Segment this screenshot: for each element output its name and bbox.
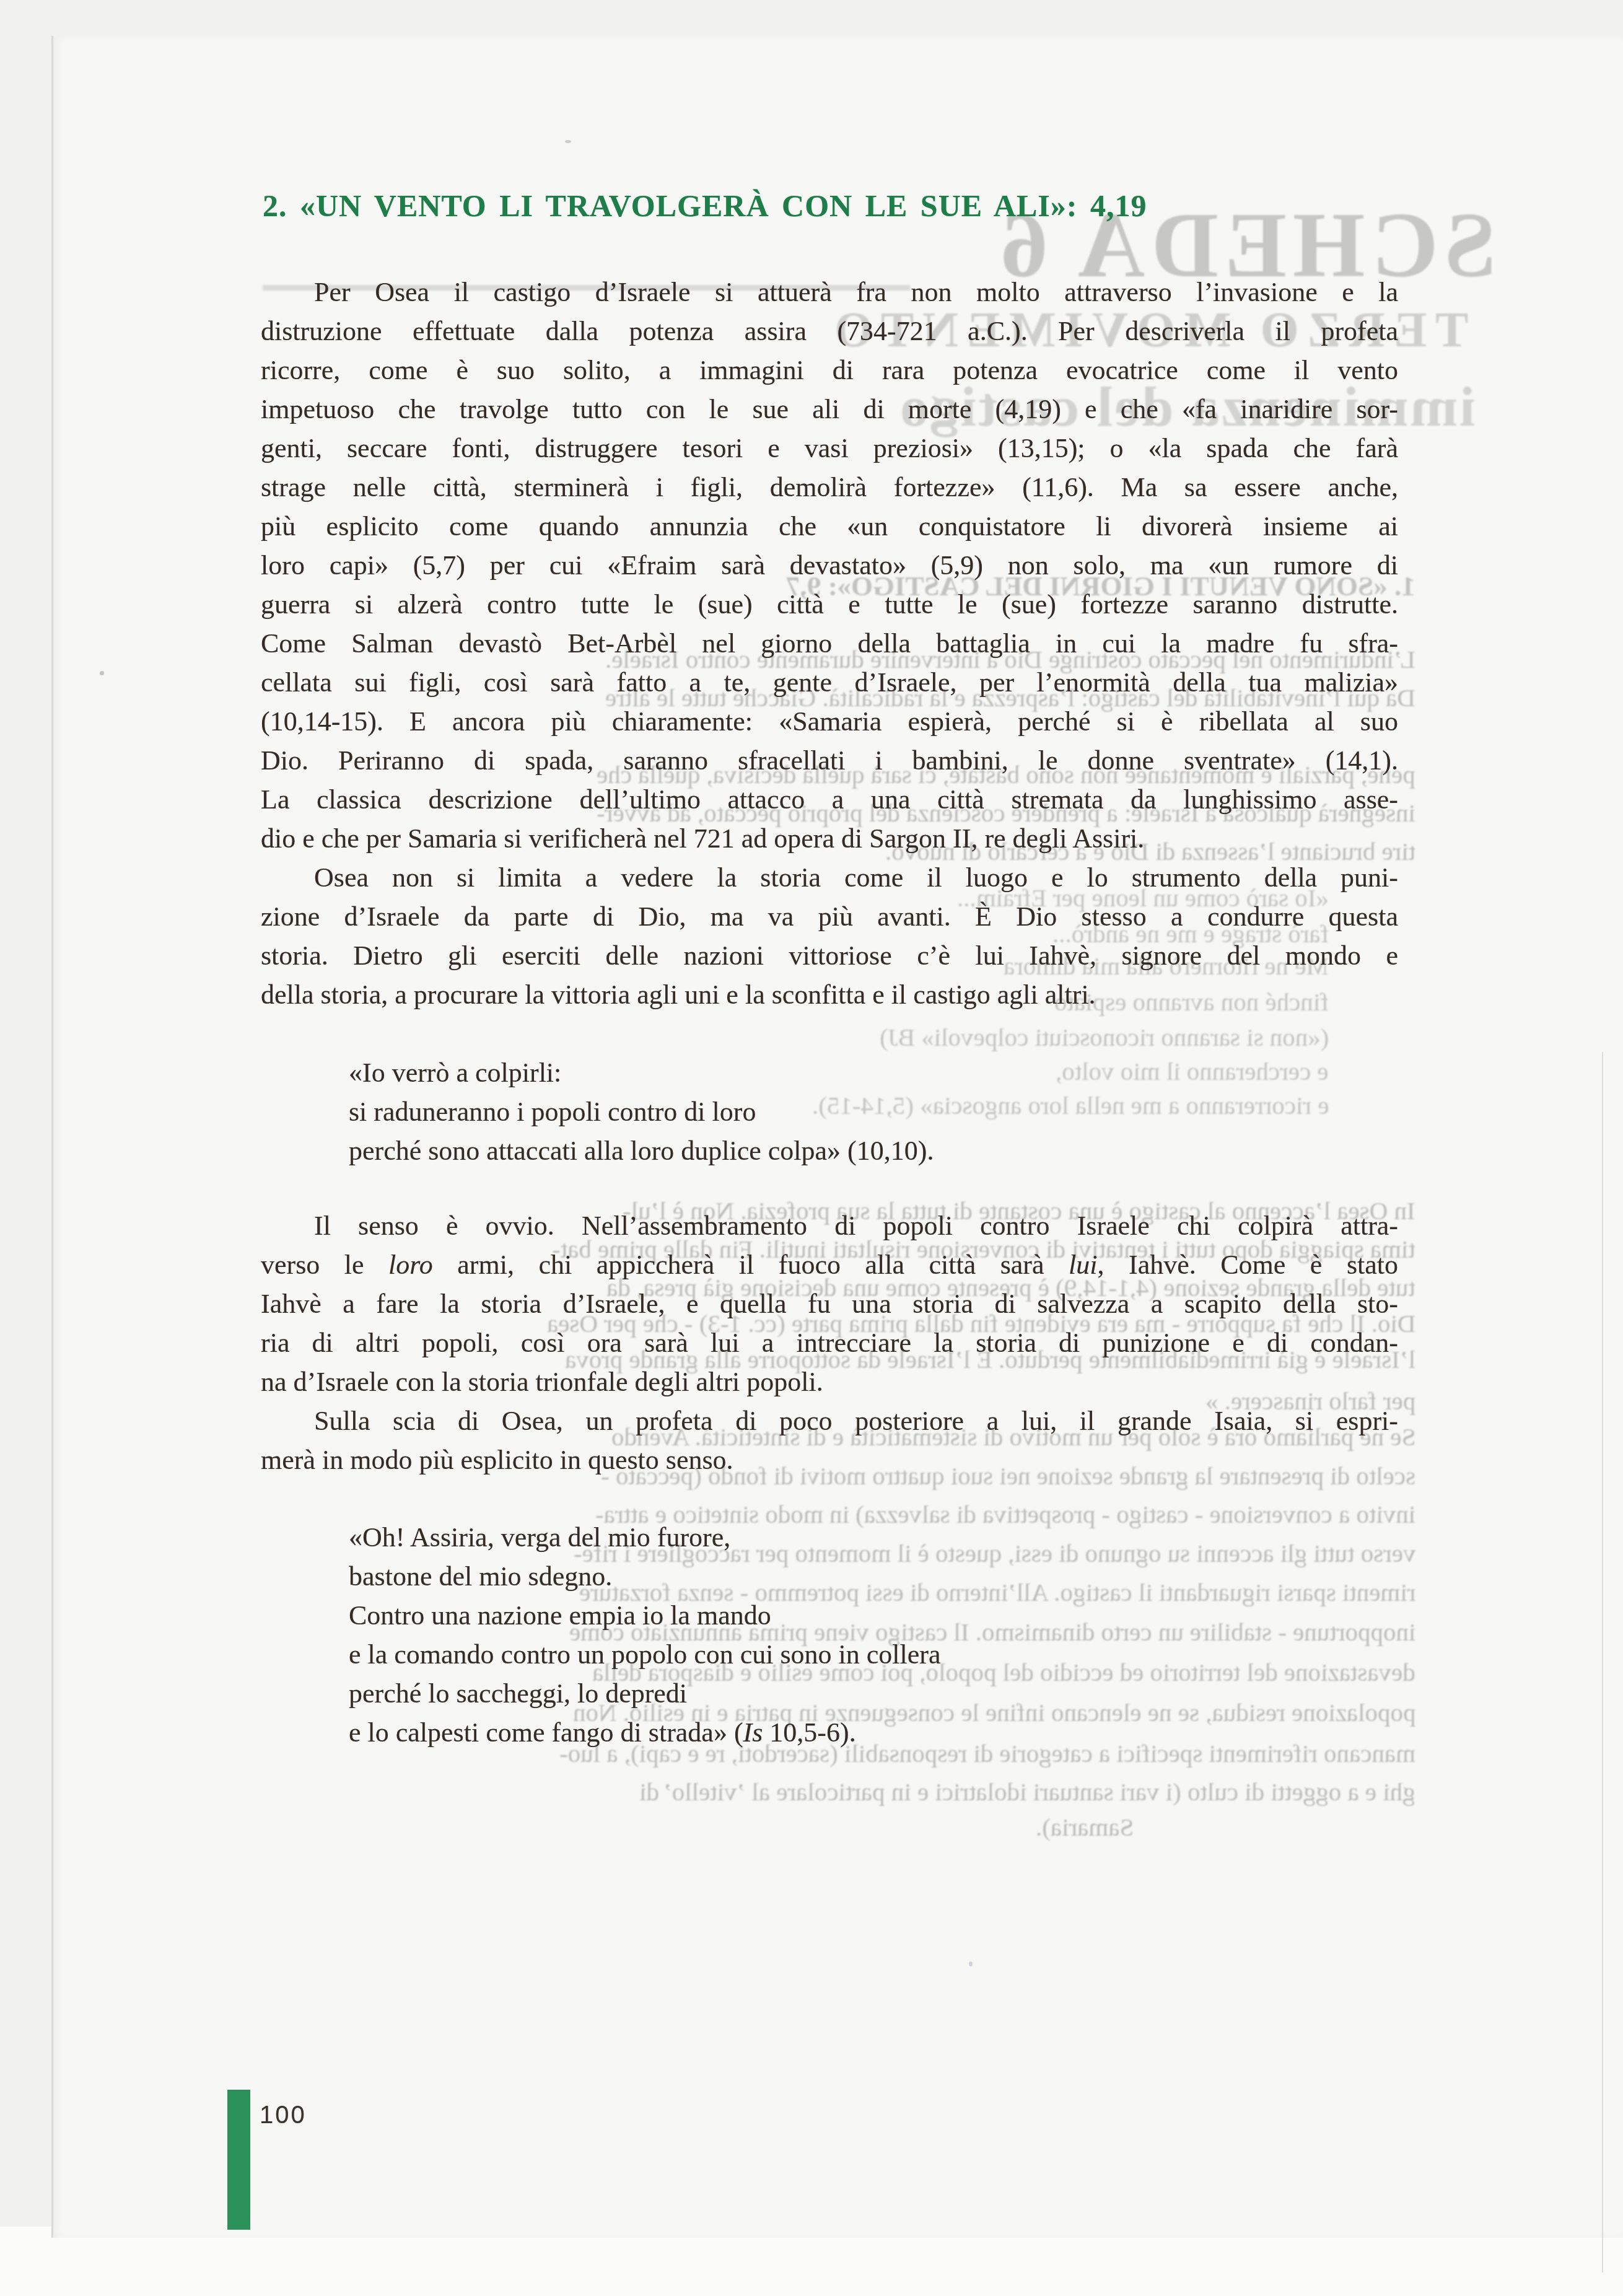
text-segment: verso le <box>261 1250 388 1280</box>
body-line: Come Salman devastò Bet-Arbèl nel giorno… <box>261 624 1398 663</box>
body-line: loro capi» (5,7) per cui «Efraim sarà de… <box>261 546 1398 585</box>
quote-line: Contro una nazione empia io la mando <box>349 1596 1398 1635</box>
italic-segment: Is <box>743 1717 763 1748</box>
paragraph-4: Sulla scia di Osea, un profeta di poco p… <box>261 1401 1398 1479</box>
quote-line: «Io verrò a colpirli: <box>349 1053 1398 1092</box>
body-line: zione d’Israele da parte di Dio, ma va p… <box>261 897 1398 936</box>
body-line: Per Osea il castigo d’Israele si attuerà… <box>261 273 1398 312</box>
body-line: strage nelle città, sterminerà i figli, … <box>261 468 1398 507</box>
quote-line: perché lo saccheggi, lo depredi <box>349 1674 1398 1713</box>
body-line: distruzione effettuate dalla potenza ass… <box>261 312 1398 351</box>
body-line: Dio. Periranno di spada, saranno sfracel… <box>261 741 1398 780</box>
body-line: più esplicito come quando annunzia che «… <box>261 507 1398 546</box>
body-line: della storia, a procurare la vittoria ag… <box>261 975 1398 1014</box>
body-line: (10,14-15). E ancora più chiaramente: «S… <box>261 702 1398 741</box>
text-segment: e lo calpesti come fango di strada» ( <box>349 1717 743 1748</box>
body-line: verso le loro armi, chi appiccherà il fu… <box>261 1245 1398 1284</box>
body-line: genti, seccare fonti, distruggere tesori… <box>261 429 1398 468</box>
body-line: dio e che per Samaria si verificherà nel… <box>261 819 1398 858</box>
block-quote-isaiah: «Oh! Assiria, verga del mio furore, bast… <box>261 1518 1398 1752</box>
body-line: ricorre, come è suo solito, a immagini d… <box>261 351 1398 390</box>
body-line: cellata sui figli, così sarà fatto a te,… <box>261 663 1398 702</box>
paragraph-2: Osea non si limita a vedere la storia co… <box>261 858 1398 1014</box>
body-line: guerra si alzerà contro tutte le (sue) c… <box>261 585 1398 624</box>
section-heading: 2. «UN VENTO LI TRAVOLGERÀ CON LE SUE AL… <box>263 188 1147 224</box>
body-line: na d’Israele con la storia trionfale deg… <box>261 1362 1398 1401</box>
body-column: Per Osea il castigo d’Israele si attuerà… <box>261 273 1398 1752</box>
italic-segment: loro <box>388 1250 433 1280</box>
scan-speck <box>100 671 104 675</box>
body-line: Sulla scia di Osea, un profeta di poco p… <box>261 1401 1398 1440</box>
body-line: storia. Dietro gli eserciti delle nazion… <box>261 936 1398 975</box>
paragraph-3: Il senso è ovvio. Nell’assembramento di … <box>261 1206 1398 1401</box>
quote-line: perché sono attaccati alla loro duplice … <box>349 1131 1398 1170</box>
quote-line: e lo calpesti come fango di strada» (Is … <box>349 1713 1398 1752</box>
scan-speck <box>565 140 571 143</box>
folio-green-bar <box>227 2090 250 2230</box>
quote-line: si raduneranno i popoli contro di loro <box>349 1092 1398 1131</box>
italic-segment: lui <box>1069 1250 1097 1280</box>
body-line: La classica descrizione dell’ultimo atta… <box>261 780 1398 819</box>
quote-line: e la comando contro un popolo con cui so… <box>349 1635 1398 1674</box>
book-page-scan: SCHEDA 6 TERZO MOVIMENTO imminenza del c… <box>0 0 1623 2296</box>
body-line: Osea non si limita a vedere la storia co… <box>261 858 1398 897</box>
body-line: Iahvè a fare la storia d’Israele, e quel… <box>261 1284 1398 1323</box>
body-line: Il senso è ovvio. Nell’assembramento di … <box>261 1206 1398 1245</box>
ghost-line: Samaria). <box>1036 1812 1134 1842</box>
text-segment: 10,5-6). <box>763 1717 855 1748</box>
ghost-line: ghi e a oggetti di culto (i vari santuar… <box>639 1777 1415 1807</box>
body-line: ria di altri popoli, così ora sarà lui a… <box>261 1323 1398 1362</box>
quote-line: bastone del mio sdegno. <box>349 1557 1398 1596</box>
text-segment: armi, chi appiccherà il fuoco alla città… <box>433 1250 1069 1280</box>
body-line: merà in modo più esplicito in questo sen… <box>261 1440 1398 1479</box>
paragraph-1: Per Osea il castigo d’Israele si attuerà… <box>261 273 1398 858</box>
paper-sheet: SCHEDA 6 TERZO MOVIMENTO imminenza del c… <box>51 36 1623 2238</box>
quote-line: «Oh! Assiria, verga del mio furore, <box>349 1518 1398 1557</box>
body-line: impetuoso che travolge tutto con le sue … <box>261 390 1398 429</box>
page-number: 100 <box>260 2101 307 2129</box>
block-quote-hosea: «Io verrò a colpirli: si raduneranno i p… <box>261 1053 1398 1170</box>
text-segment: , Iahvè. Come è stato <box>1098 1250 1399 1280</box>
scan-speck <box>969 1961 973 1966</box>
paper-crease <box>1602 1052 1603 2272</box>
